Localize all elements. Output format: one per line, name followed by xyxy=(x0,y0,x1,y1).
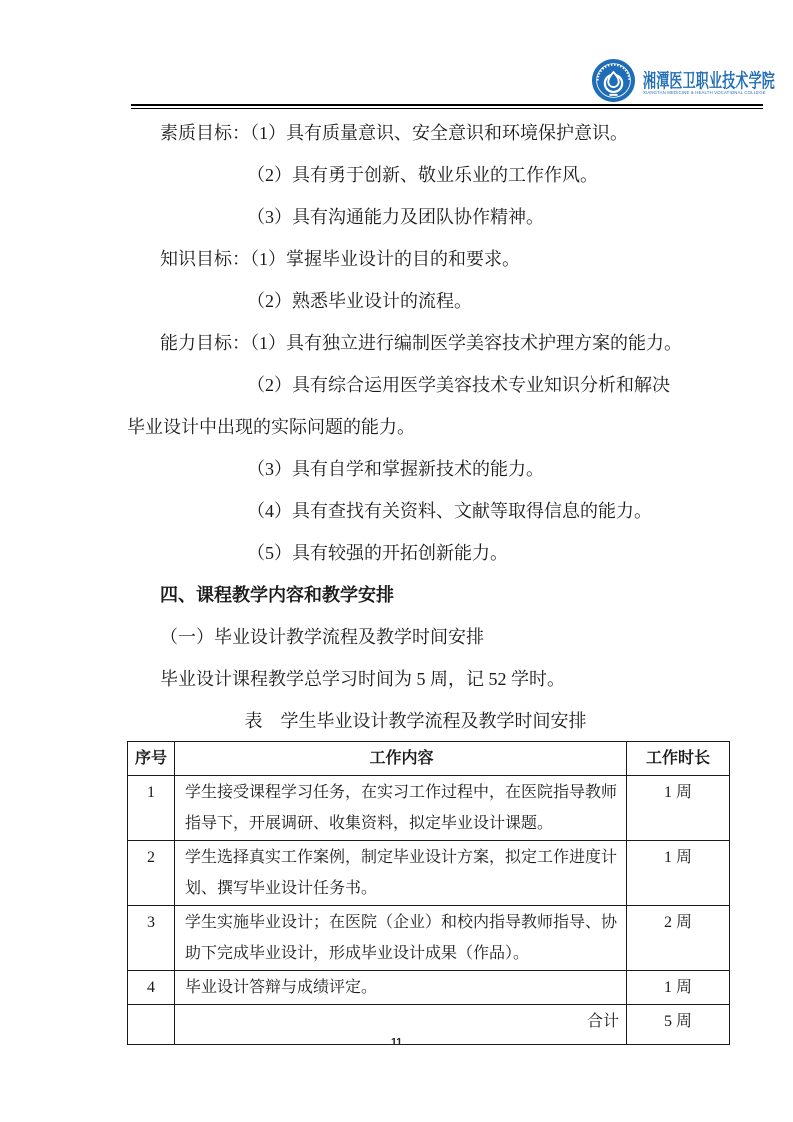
college-name-block: 湘潭医卫职业技术学院 XIANGTAN MEDICINE & HEALTH VO… xyxy=(643,58,793,97)
teaching-schedule-table: 序号 工作内容 工作时长 1 学生接受课程学习任务，在实习工作过程中，在医院指导… xyxy=(127,741,730,1045)
cell-duration: 1 周 xyxy=(627,776,730,841)
college-logo: 湘潭医卫职业技术学院 XIANGTAN MEDICINE & HEALTH VO… xyxy=(591,58,793,103)
college-name-en: XIANGTAN MEDICINE & HEALTH VOCATIONAL CO… xyxy=(643,91,766,95)
document-body: 素质目标：（1）具有质量意识、安全意识和环境保护意识。 （2）具有勇于创新、敬业… xyxy=(127,112,707,742)
cell-content: 学生实施毕业设计；在医院（企业）和校内指导教师指导、协助下完成毕业设计，形成毕业… xyxy=(175,906,627,971)
cell-no: 1 xyxy=(128,776,175,841)
table-row: 4 毕业设计答辩与成绩评定。 1 周 xyxy=(128,971,730,1005)
body-line: 素质目标：（1）具有质量意识、安全意识和环境保护意识。 xyxy=(127,112,707,154)
page-number: 11 xyxy=(0,1036,793,1048)
college-seal-icon xyxy=(591,58,636,103)
cell-no: 4 xyxy=(128,971,175,1005)
column-header-no: 序号 xyxy=(128,742,175,776)
column-header-duration: 工作时长 xyxy=(627,742,730,776)
body-line: （5）具有较强的开拓创新能力。 xyxy=(127,532,707,574)
table-row: 1 学生接受课程学习任务，在实习工作过程中，在医院指导教师指导下，开展调研、收集… xyxy=(128,776,730,841)
table-row: 2 学生选择真实工作案例，制定毕业设计方案，拟定工作进度计划、撰写毕业设计任务书… xyxy=(128,841,730,906)
body-line: 毕业设计中出现的实际问题的能力。 xyxy=(127,406,707,448)
body-line: （4）具有查找有关资料、文献等取得信息的能力。 xyxy=(127,490,707,532)
table-caption: 表 学生毕业设计教学流程及教学时间安排 xyxy=(127,700,704,742)
body-line: 能力目标：（1）具有独立进行编制医学美容技术护理方案的能力。 xyxy=(127,322,707,364)
body-line: （3）具有沟通能力及团队协作精神。 xyxy=(127,196,707,238)
body-line: （2）熟悉毕业设计的流程。 xyxy=(127,280,707,322)
cell-duration: 2 周 xyxy=(627,906,730,971)
subsection-heading: （一）毕业设计教学流程及教学时间安排 xyxy=(127,616,707,658)
section-heading: 四、课程教学内容和教学安排 xyxy=(127,574,707,616)
table-row: 3 学生实施毕业设计；在医院（企业）和校内指导教师指导、协助下完成毕业设计，形成… xyxy=(128,906,730,971)
cell-no: 2 xyxy=(128,841,175,906)
cell-no: 3 xyxy=(128,906,175,971)
body-line: （2）具有综合运用医学美容技术专业知识分析和解决 xyxy=(127,364,707,406)
cell-duration: 1 周 xyxy=(627,841,730,906)
cell-duration: 1 周 xyxy=(627,971,730,1005)
body-line: 知识目标：（1）掌握毕业设计的目的和要求。 xyxy=(127,238,707,280)
body-line: 毕业设计课程教学总学习时间为 5 周，记 52 学时。 xyxy=(127,658,707,700)
cell-content: 毕业设计答辩与成绩评定。 xyxy=(175,971,627,1005)
body-line: （3）具有自学和掌握新技术的能力。 xyxy=(127,448,707,490)
header-divider xyxy=(131,104,763,109)
cell-content: 学生选择真实工作案例，制定毕业设计方案，拟定工作进度计划、撰写毕业设计任务书。 xyxy=(175,841,627,906)
college-name-zh: 湘潭医卫职业技术学院 xyxy=(643,65,793,93)
table-header-row: 序号 工作内容 工作时长 xyxy=(128,742,730,776)
column-header-content: 工作内容 xyxy=(175,742,627,776)
body-line: （2）具有勇于创新、敬业乐业的工作作风。 xyxy=(127,154,707,196)
document-page: 湘潭医卫职业技术学院 XIANGTAN MEDICINE & HEALTH VO… xyxy=(0,0,793,1122)
cell-content: 学生接受课程学习任务，在实习工作过程中，在医院指导教师指导下，开展调研、收集资料… xyxy=(175,776,627,841)
